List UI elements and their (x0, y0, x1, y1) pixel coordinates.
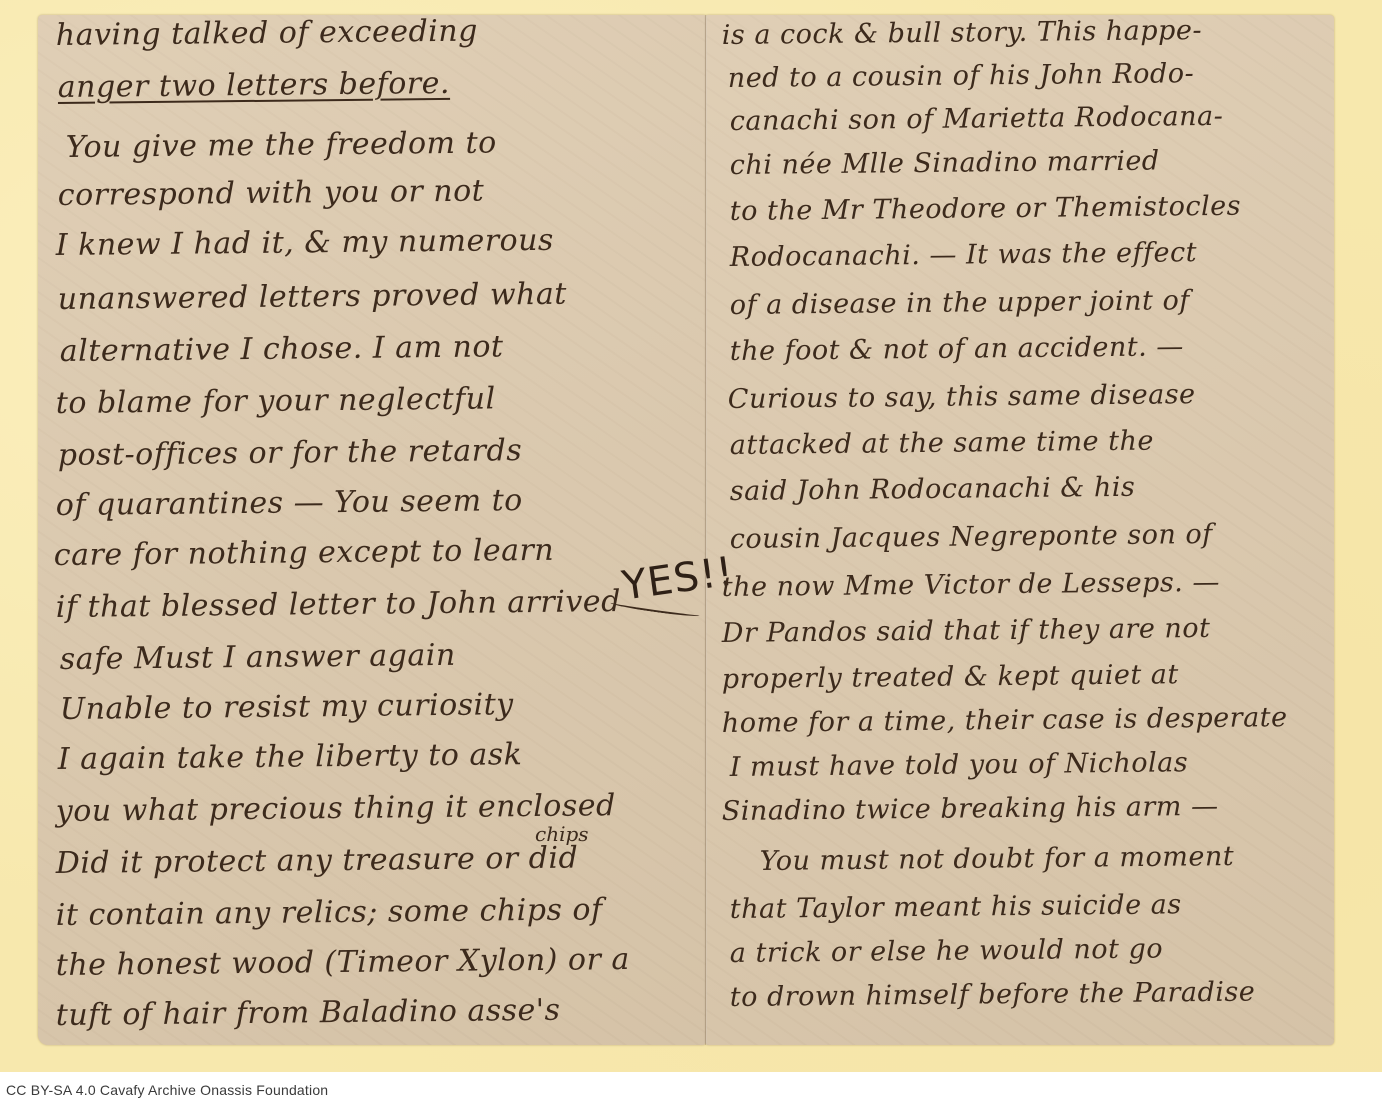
handwritten-line: Did it protect any treasure or did (56, 841, 579, 881)
handwritten-line: I again take the liberty to ask (58, 737, 523, 777)
handwritten-line: canachi son of Marietta Rodocana- (730, 101, 1224, 137)
handwritten-line: said John Rodocanachi & his (730, 472, 1136, 507)
handwritten-line: tuft of hair from Baladino asse's (56, 993, 561, 1033)
handwritten-line: alternative I chose. I am not (60, 329, 504, 369)
handwritten-line: safe Must I answer again (60, 638, 456, 677)
interlinear-insertion: chips (535, 822, 589, 846)
handwritten-line: to blame for your neglectful (56, 381, 496, 421)
handwritten-line: ned to a cousin of his John Rodo- (728, 58, 1195, 94)
handwritten-line: you what precious thing it enclosed (56, 788, 616, 829)
handwritten-line: home for a time, their case is desperate (722, 702, 1288, 739)
left-page (38, 15, 706, 1045)
handwritten-line: is a cock & bull story. This happe- (722, 15, 1202, 51)
handwritten-line: post-offices or for the retards (58, 433, 523, 473)
handwritten-line: I must have told you of Nicholas (730, 747, 1189, 783)
handwritten-line: You must not doubt for a moment (760, 841, 1235, 877)
handwritten-line: that Taylor meant his suicide as (730, 889, 1182, 925)
handwritten-line: I knew I had it, & my numerous (56, 223, 554, 263)
handwritten-line: cousin Jacques Negreponte son of (730, 519, 1213, 555)
handwritten-line: the foot & not of an accident. — (730, 331, 1184, 367)
handwritten-line: anger two letters before. (58, 66, 450, 105)
handwritten-line: chi née Mlle Sinadino married (730, 146, 1160, 181)
scanned-document: having talked of exceeding anger two let… (0, 0, 1382, 1072)
handwritten-line: Rodocanachi. — It was the effect (730, 237, 1197, 273)
handwritten-line: it contain any relics; some chips of (56, 892, 603, 933)
handwritten-line: to the Mr Theodore or Themistocles (730, 191, 1241, 227)
handwritten-line: to drown himself before the Paradise (730, 976, 1256, 1013)
handwritten-line: care for nothing except to learn (54, 533, 555, 573)
handwritten-line: the now Mme Victor de Lesseps. — (722, 567, 1220, 603)
handwritten-line: a trick or else he would not go (730, 933, 1164, 969)
handwritten-line: the honest wood (Timeor Xylon) or a (56, 942, 630, 983)
handwritten-line: of a disease in the upper joint of (730, 285, 1190, 321)
handwritten-line: Unable to resist my curiosity (60, 687, 514, 727)
handwritten-line: having talked of exceeding (56, 14, 478, 53)
handwritten-line: Curious to say, this same disease (728, 379, 1196, 415)
handwritten-line: Dr Pandos said that if they are not (722, 613, 1211, 649)
handwritten-line: of quarantines — You seem to (56, 483, 523, 523)
page-fold (705, 15, 707, 1045)
handwritten-line: properly treated & kept quiet at (722, 659, 1179, 695)
handwritten-line: Sinadino twice breaking his arm — (722, 791, 1219, 827)
handwritten-line: attacked at the same time the (730, 426, 1154, 461)
handwritten-line: unanswered letters proved what (58, 277, 567, 317)
handwritten-line: correspond with you or not (58, 174, 485, 213)
license-credit: CC BY-SA 4.0 Cavafy Archive Onassis Foun… (6, 1082, 328, 1098)
handwritten-line: if that blessed letter to John arrived (56, 584, 621, 625)
handwritten-line: You give me the freedom to (66, 125, 497, 165)
